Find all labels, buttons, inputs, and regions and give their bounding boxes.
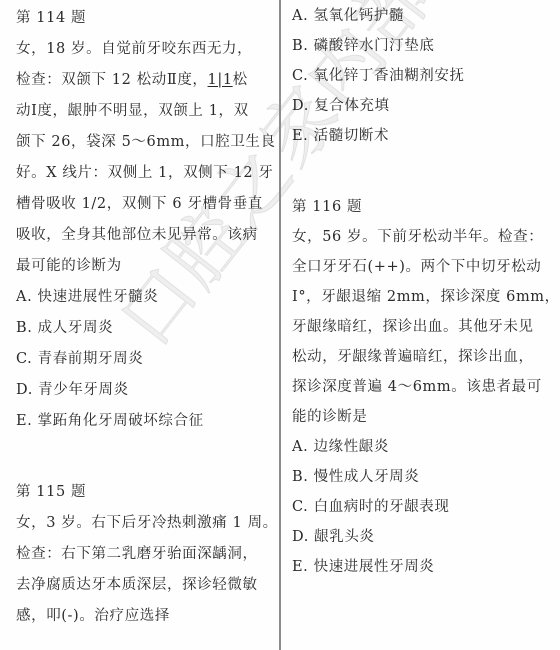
question-title: 第 115 题 [16,482,86,502]
option-b[interactable]: B. 磷酸锌水门汀垫底 [292,36,434,56]
question-stem-line: 最可能的诊断为 [16,256,122,276]
question-stem-line: 好。X 线片：双侧上 1，双侧下 12 牙 [16,163,274,183]
question-stem-line: 全口牙牙石(++)。两个下中切牙松动 [292,257,541,277]
question-stem-line: Ⅰ°，牙龈退缩 2mm，探诊深度 6mm， [292,287,560,307]
option-e[interactable]: E. 掌跖角化牙周破坏综合征 [16,411,204,431]
stem-text: 松 [233,72,248,88]
question-stem-line: 松动，牙龈缘普遍暗红，探诊出血， [292,347,534,367]
option-d[interactable]: D. 青少年牙周炎 [16,380,129,400]
tooth-notation: 1|1 [208,72,233,88]
question-stem-line: 检查：双颌下 12 松动Ⅱ度，1|1松 [16,70,248,90]
question-title: 第 114 题 [16,8,86,28]
option-b[interactable]: B. 慢性成人牙周炎 [292,467,419,487]
question-stem-line: 能的诊断是 [292,407,368,427]
option-b[interactable]: B. 成人牙周炎 [16,318,113,338]
question-stem-line: 吸收，全身其他部位未见异常。该病 [16,225,258,245]
question-stem-line: 探诊深度普遍 4～6mm。该患者最可 [292,377,542,397]
option-a[interactable]: A. 快速进展性牙髓炎 [16,287,158,307]
option-c[interactable]: C. 青春前期牙周炎 [16,349,143,369]
question-stem-line: 去净腐质达牙本质深层，探诊轻微敏 [16,575,258,595]
question-stem-line: 女，3 岁。右下后牙冷热刺激痛 1 周。 [16,513,278,533]
question-stem-line: 动Ⅰ度，龈肿不明显，双颌上 1，双 [16,101,249,121]
question-stem-line: 女，18 岁。自觉前牙咬东西无力， [16,39,252,59]
column-divider [279,0,281,650]
option-c[interactable]: C. 氧化锌丁香油糊剂安抚 [292,66,465,86]
question-stem-line: 颌下 26，袋深 5～6mm，口腔卫生良 [16,132,276,152]
question-stem-line: 槽骨吸收 1/2，双侧下 6 牙槽骨垂直 [16,194,263,214]
option-d[interactable]: D. 龈乳头炎 [292,527,375,547]
question-stem-line: 女，56 岁。下前牙松动半年。检查： [292,227,543,247]
option-e[interactable]: E. 活髓切断术 [292,126,389,146]
question-stem-line: 牙龈缘暗红，探诊出血。其他牙未见 [292,317,534,337]
option-d[interactable]: D. 复合体充填 [292,96,390,116]
question-stem-line: 检查：右下第二乳磨牙骀面深龋洞， [16,544,258,564]
stem-text: 检查：双颌下 12 松动Ⅱ度， [16,72,208,88]
question-stem-line: 感，叩(-)。治疗应选择 [16,606,170,626]
question-title: 第 116 题 [292,197,362,217]
option-c[interactable]: C. 白血病时的牙龈表现 [292,497,450,517]
option-a[interactable]: A. 边缘性龈炎 [292,437,389,457]
exam-page: 口腔之家内部资料 口腔之家内部资料 第 114 题 女，18 岁。自觉前牙咬东西… [0,0,560,650]
option-e[interactable]: E. 快速进展性牙周炎 [292,557,434,577]
option-a[interactable]: A. 氢氧化钙护髓 [292,6,404,26]
